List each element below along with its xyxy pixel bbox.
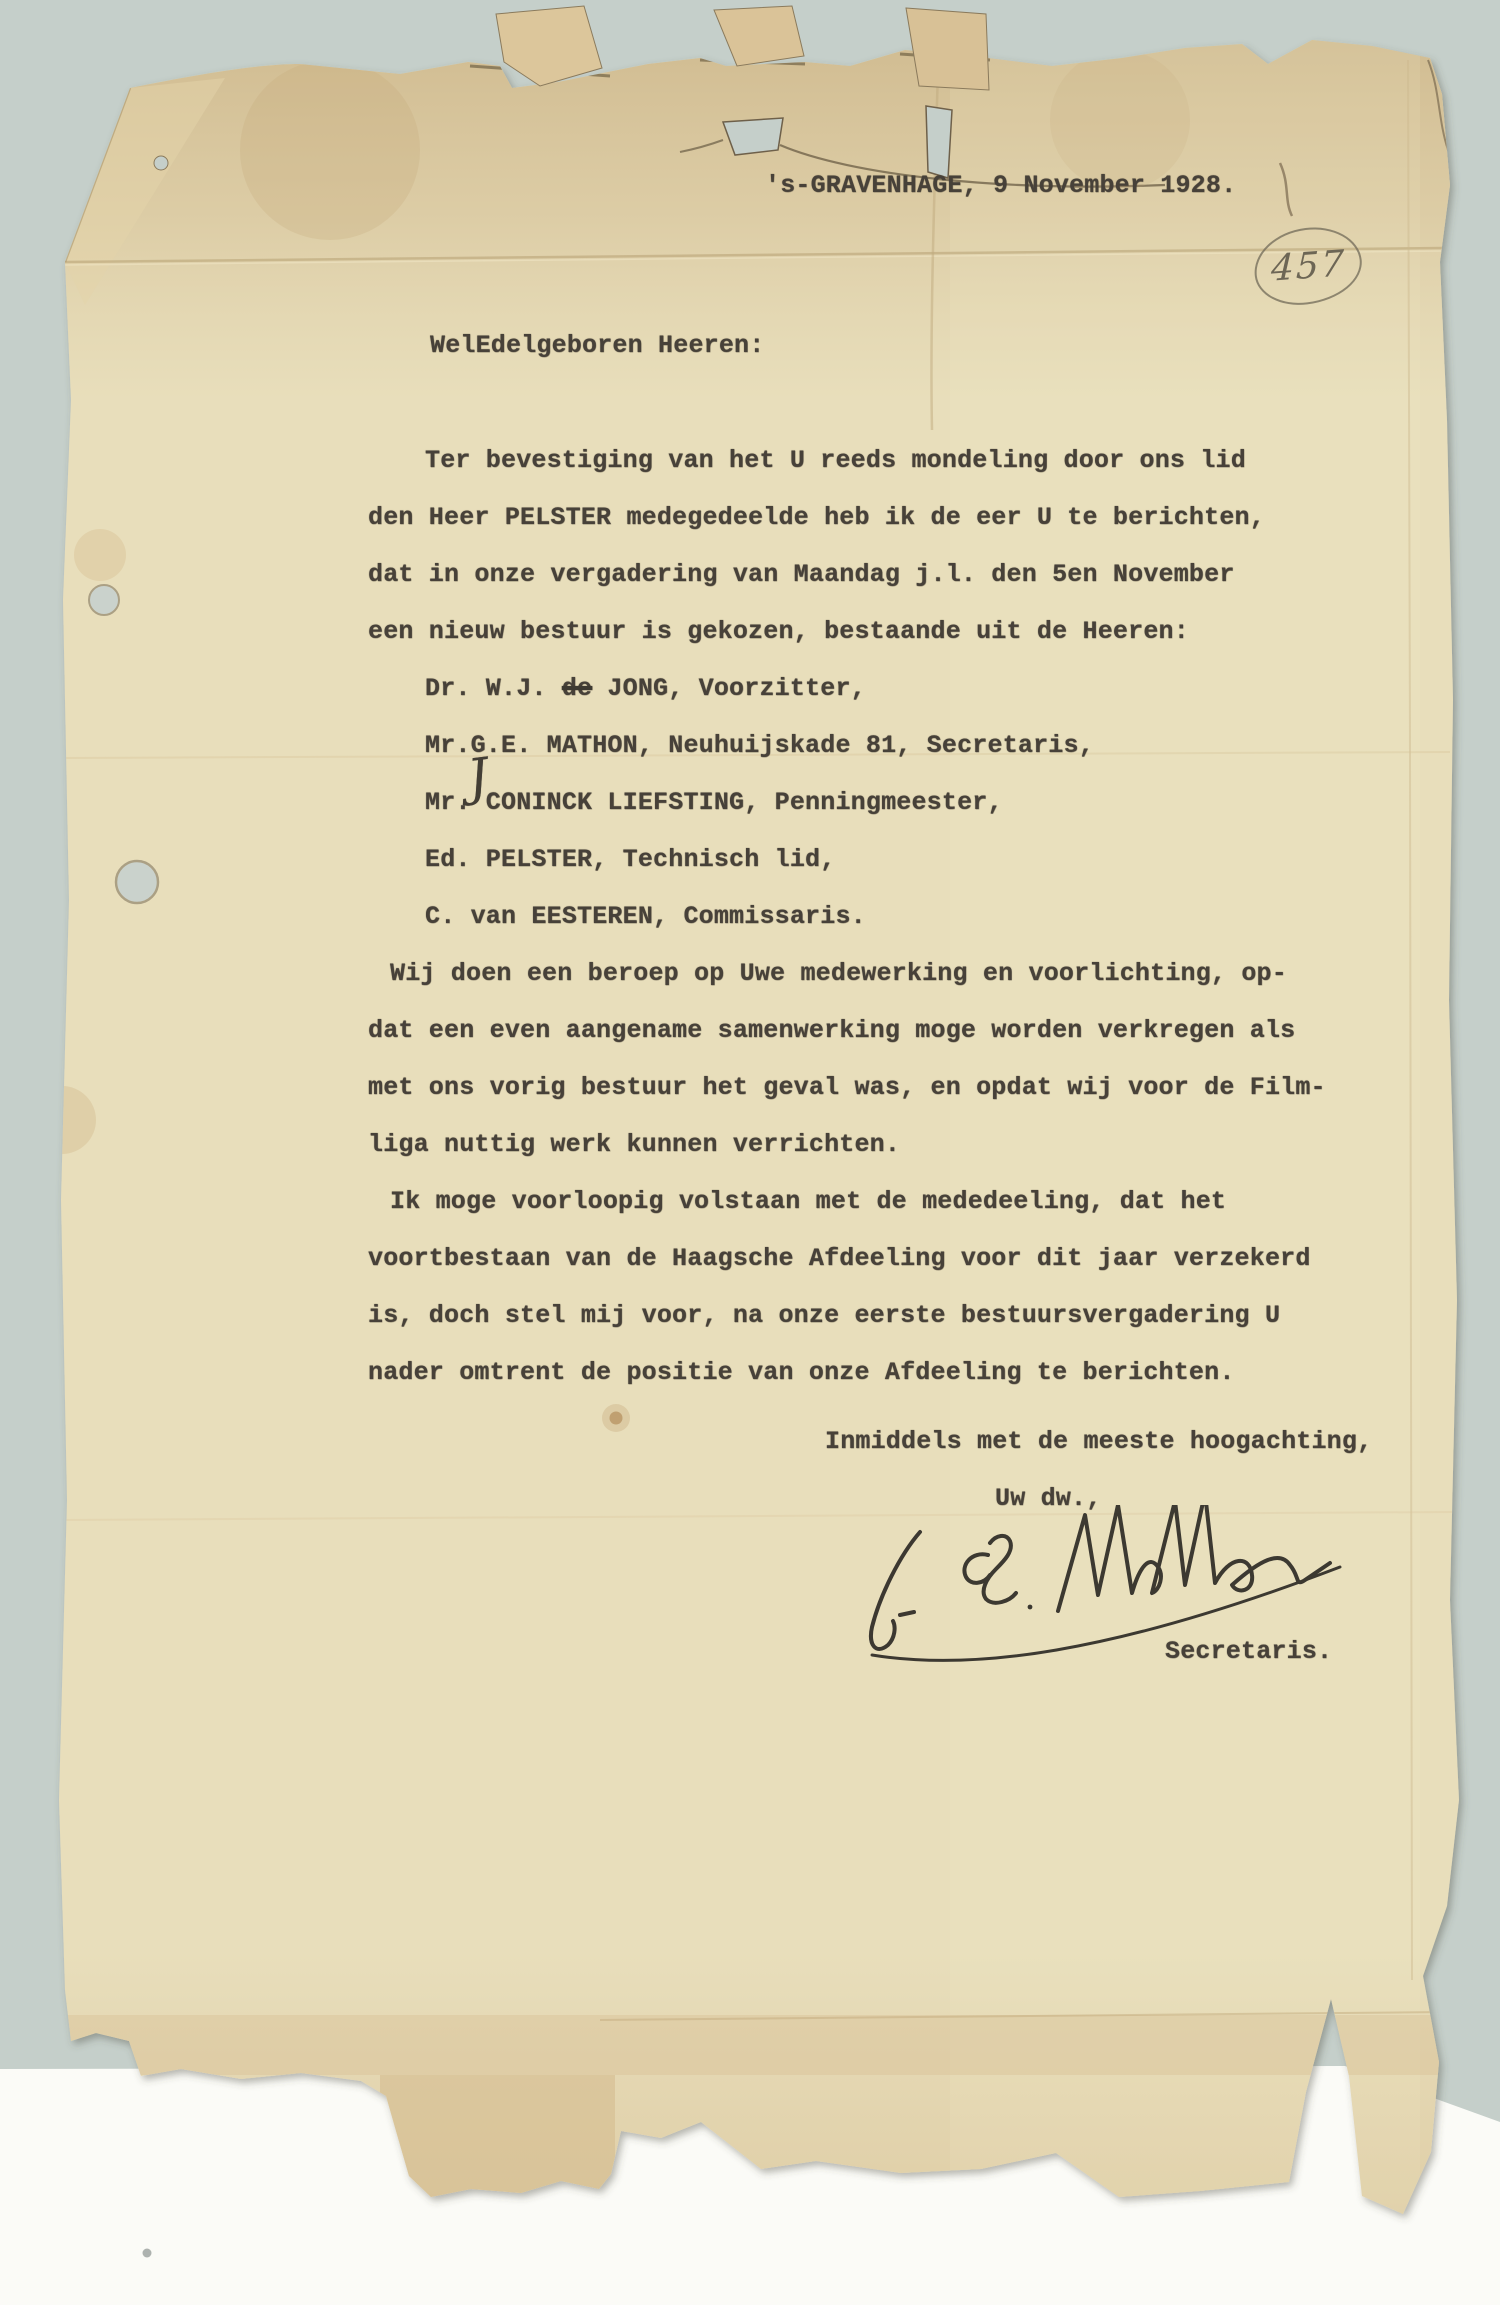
letter-line: liga nuttig werk kunnen verrichten. bbox=[368, 1131, 900, 1159]
letter-line: Mr.G.E. MATHON, Neuhuijskade 81, Secreta… bbox=[425, 732, 1094, 760]
letter-line: Dr. W.J. de JONG, Voorzitter, bbox=[425, 675, 866, 703]
letter-line: C. van EESTEREN, Commissaris. bbox=[425, 903, 866, 931]
letter-line: 's-GRAVENHAGE, 9 November 1928. bbox=[765, 172, 1236, 200]
letter-line: Mr. CONINCK LIEFSTING, Penningmeester, bbox=[425, 789, 1003, 817]
struck-text: de bbox=[562, 674, 592, 703]
letter-line: dat een even aangename samenwerking moge… bbox=[368, 1017, 1295, 1045]
letter-line: voortbestaan van de Haagsche Afdeeling v… bbox=[368, 1245, 1311, 1273]
signature bbox=[850, 1505, 1370, 1690]
letter-line: nader omtrent de positie van onze Afdeel… bbox=[368, 1359, 1235, 1387]
typed-lines: 's-GRAVENHAGE, 9 November 1928.WelEdelge… bbox=[0, 0, 1500, 2305]
letter-line: een nieuw bestuur is gekozen, bestaande … bbox=[368, 618, 1189, 646]
letter-line: Ik moge voorloopig volstaan met de meded… bbox=[390, 1188, 1226, 1216]
letter-line: Ter bevestiging van het U reeds mondelin… bbox=[425, 447, 1246, 475]
letter-line: WelEdelgeboren Heeren: bbox=[430, 332, 764, 360]
letter-line: is, doch stel mij voor, na onze eerste b… bbox=[368, 1302, 1280, 1330]
letter-line: met ons vorig bestuur het geval was, en … bbox=[368, 1074, 1326, 1102]
archive-number: 457 bbox=[1270, 243, 1346, 289]
letter-line: dat in onze vergadering van Maandag j.l.… bbox=[368, 561, 1235, 589]
letter-line: Inmiddels met de meeste hoogachting, bbox=[825, 1428, 1372, 1456]
letter-line: den Heer PELSTER medegedeelde heb ik de … bbox=[368, 504, 1265, 532]
scanned-letter-page: 's-GRAVENHAGE, 9 November 1928.WelEdelge… bbox=[0, 0, 1500, 2305]
letter-line: Ed. PELSTER, Technisch lid, bbox=[425, 846, 835, 874]
letter-line: Wij doen een beroep op Uwe medewerking e… bbox=[390, 960, 1287, 988]
